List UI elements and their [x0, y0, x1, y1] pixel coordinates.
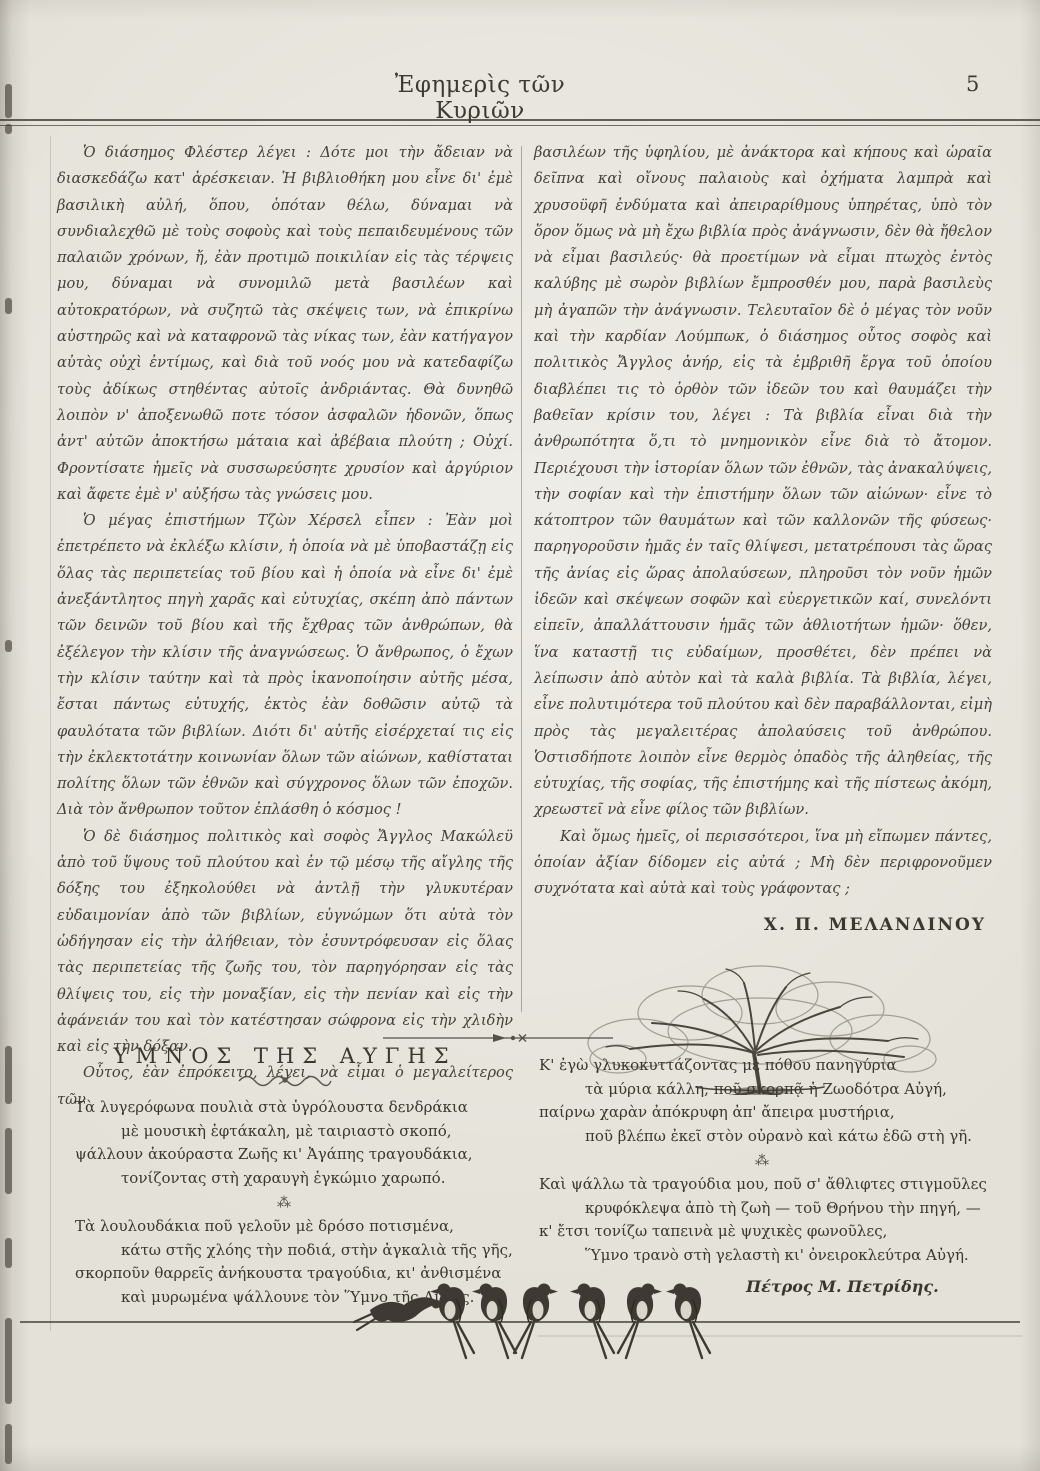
newspaper-page: Ἐφημερὶς τῶν Κυριῶν 5 Ὁ διάσημος Φλέστερ… — [0, 0, 1040, 1471]
page-number: 5 — [966, 72, 979, 96]
poem-line: παίρνω χαρὰν ἀπόκρυφη ἀπ' ἄπειρα μυστήρι… — [539, 1101, 987, 1125]
masthead-title: Ἐφημερὶς τῶν Κυριῶν — [350, 72, 610, 124]
poem-stanza: Καὶ ψάλλω τὰ τραγούδια μου, ποῦ σ' ἄθλιφ… — [539, 1173, 987, 1267]
poem-line: κρυφόκλεψα ἀπὸ τὴ ζωὴ — τοῦ Θρήνου τὴν π… — [539, 1197, 987, 1221]
article-right-column: βασιλέων τῆς ὑφηλίου, μὲ ἀνάκτορα καὶ κή… — [534, 140, 992, 1095]
poem-title: ΥΜΝΟΣ ΤΗΣ ΑΥΓΗΣ — [57, 1044, 513, 1068]
poem-line: Καὶ ψάλλω τὰ τραγούδια μου, ποῦ σ' ἄθλιφ… — [539, 1173, 987, 1197]
column-divider-rule — [521, 146, 522, 1012]
edge-smudge — [5, 1424, 12, 1464]
poem-line: Τὰ λουλουδάκια ποῦ γελοῦν μὲ δρόσο ποτισ… — [75, 1215, 495, 1239]
article-paragraph: Ὁ διάσημος Φλέστερ λέγει : Δότε μοι τὴν … — [57, 140, 513, 508]
edge-smudge — [5, 84, 12, 118]
stanza-divider: ⁂ — [57, 1195, 513, 1211]
edge-smudge — [5, 298, 12, 314]
poem-line: κ' ἔτσι τονίζω ταπεινὰ μὲ ψυχικὲς φωνοῦλ… — [539, 1220, 987, 1244]
edge-smudge — [5, 1238, 12, 1268]
poem-line: Τὰ λυγερόφωνα πουλιὰ στὰ ὑγρόλουστα δενδ… — [75, 1096, 495, 1120]
poem-line: τὰ μύρια κάλλη, ποῦ σκορπᾷ ἡ Ζωοδότρα Αὐ… — [539, 1078, 987, 1102]
poem-stanza: Κ' ἐγὼ γλυκοκυττάζοντας μὲ πόθου πανηγύρ… — [539, 1054, 987, 1148]
article-paragraph-continuation: βασιλέων τῆς ὑφηλίου, μὲ ἀνάκτορα καὶ κή… — [534, 140, 992, 824]
poem-line: ποῦ βλέπω ἐκεῖ στὸν οὐρανὸ καὶ κάτω ἐδῶ … — [539, 1125, 987, 1149]
page-crease — [50, 136, 51, 1331]
stanza-divider: ⁂ — [534, 1153, 992, 1169]
poem-stanza: Τὰ λυγερόφωνα πουλιὰ στὰ ὑγρόλουστα δενδ… — [75, 1096, 495, 1190]
poem-line: Κ' ἐγὼ γλυκοκυττάζοντας μὲ πόθου πανηγύρ… — [539, 1054, 987, 1078]
article-author-signature: Χ. Π. ΜΕΛΑΝΔΙΝΟΥ — [534, 915, 992, 935]
article-paragraph: Ὁ δὲ διάσημος πολιτικὸς καὶ σοφὸς Ἄγγλος… — [57, 824, 513, 1061]
poem-line: τονίζοντας στὴ χαραυγὴ ἐγκώμιο χαρωπό. — [75, 1167, 495, 1191]
poem-line: μὲ μουσικὴ ἑφτάκαλη, μὲ ταιριαστὸ σκοπό, — [75, 1120, 495, 1144]
article-paragraph: Ὁ μέγας ἐπιστήμων Τζὼν Χέρσελ εἶπεν : Ἐὰ… — [57, 508, 513, 824]
section-divider-ornament — [383, 1030, 613, 1044]
flying-swallow-icon — [354, 1297, 441, 1330]
article-left-column: Ὁ διάσημος Φλέστερ λέγει : Δότε μοι τὴν … — [57, 140, 513, 1113]
edge-smudge — [5, 1318, 12, 1404]
edge-smudge — [5, 640, 12, 652]
article-closing-paragraph: Καὶ ὅμως ἡμεῖς, οἱ περισσότεροι, ἵνα μὴ … — [534, 824, 992, 903]
header-double-rule — [0, 119, 1040, 126]
squiggle-ornament — [237, 1072, 333, 1088]
swallows-illustration — [18, 1258, 1022, 1374]
poem-line: ψάλλουν ἀκούραστα Ζωῆς κι' Ἀγάπης τραγου… — [75, 1143, 495, 1167]
edge-smudge — [5, 1128, 12, 1194]
edge-smudge — [5, 1046, 12, 1104]
